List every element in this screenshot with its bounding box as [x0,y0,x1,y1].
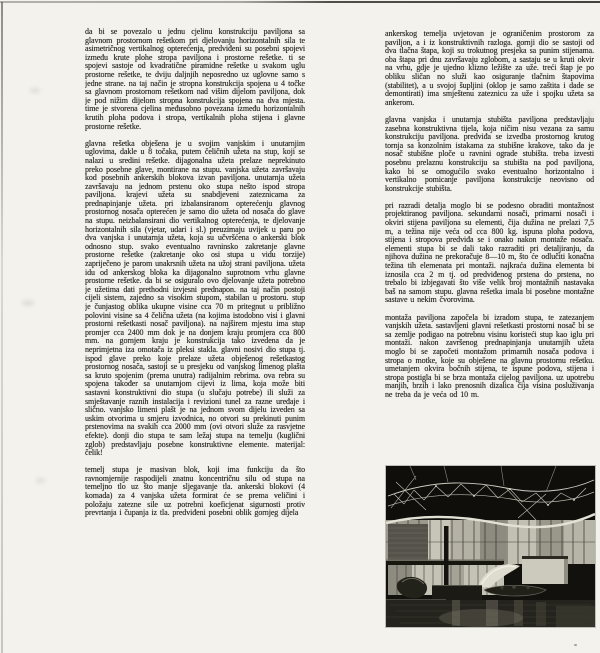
body-paragraph: da bi se povezalo u jednu cjelinu konstr… [85,28,305,131]
water-reflection [386,600,595,627]
body-paragraph: pri razradi detalja moglo bi se podesno … [385,202,594,305]
scan-artifact [36,478,45,483]
page-edge-top [0,1,600,3]
left-text-column: da bi se povezalo u jednu cjelinu konstr… [85,28,305,640]
scan-artifact [574,644,577,646]
body-paragraph: glavna vanjska i unutarnja stubišta pavi… [385,116,594,193]
body-paragraph: temelj stupa je masivan blok, koji ima f… [85,466,305,518]
right-text-column: ankerskog temelja uvjetovan je ograničen… [385,30,594,462]
scanned-document-page: { "page": { "paper_color": "#f4f2ed", "i… [0,0,600,653]
body-paragraph: montaža paviljona započela bi izradom st… [385,314,594,400]
pavilion-model-photo [386,466,595,627]
pavilion-model-illustration [386,466,595,627]
scan-artifact [30,88,40,93]
white-box-volume [522,556,568,584]
scan-artifact [22,300,34,306]
page-edge-left [1,2,3,653]
body-paragraph: ankerskog temelja uvjetovan je ograničen… [385,30,594,107]
body-paragraph: glavna rešetka obješena je u svojim vanj… [85,140,305,458]
